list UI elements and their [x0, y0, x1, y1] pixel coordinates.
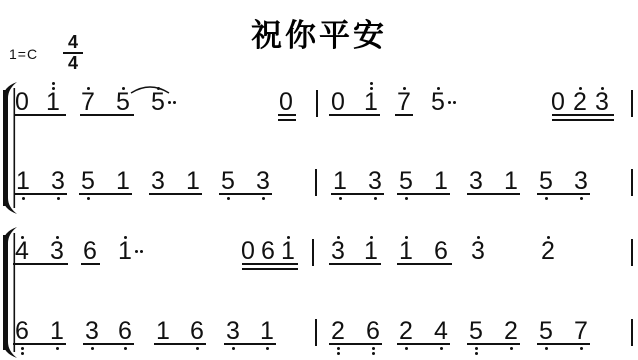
octave-dot-above: [21, 236, 24, 239]
beam-underline: [397, 263, 452, 265]
note-digit: 3: [361, 169, 389, 193]
octave-dot-below: [91, 347, 94, 350]
octave-dot-below: [545, 347, 548, 350]
octave-dot-below: [510, 347, 513, 350]
note-digit: 2: [534, 239, 562, 263]
beam-underline: [329, 343, 382, 345]
octave-dot-above: [601, 87, 604, 90]
beam-underline: [278, 119, 296, 121]
beam-underline: [395, 114, 413, 116]
note-digit: 4: [427, 319, 455, 343]
note-digit: 6: [359, 319, 387, 343]
beam-underline: [552, 114, 614, 116]
note-digit: 5: [392, 169, 420, 193]
octave-dot-below: [21, 352, 24, 355]
note-digit: 0: [272, 90, 300, 114]
note-digit: 3: [462, 169, 490, 193]
beam-underline: [329, 114, 380, 116]
octave-dot-below: [580, 197, 583, 200]
note-digit: 3: [144, 169, 172, 193]
octave-dot-above: [337, 236, 340, 239]
note-digit: 3: [219, 319, 247, 343]
octave-dot-above: [477, 236, 480, 239]
note-digit: 0: [8, 90, 36, 114]
beam-underline: [13, 343, 66, 345]
note-digit: 5: [532, 169, 560, 193]
octave-dot-above: [437, 87, 440, 90]
note-digit: 1: [39, 90, 67, 114]
octave-dot-above: [52, 87, 55, 90]
beam-underline: [242, 263, 298, 265]
note-digit: 6: [427, 239, 455, 263]
duration-dot: [140, 250, 143, 253]
octave-dot-below: [266, 347, 269, 350]
barline: [631, 319, 633, 346]
beam-underline: [14, 114, 66, 116]
octave-dot-above: [370, 82, 373, 85]
note-digit: 5: [214, 169, 242, 193]
octave-dot-above: [87, 87, 90, 90]
octave-dot-above: [287, 236, 290, 239]
note-digit: 1: [357, 90, 385, 114]
note-digit: 3: [43, 239, 71, 263]
beam-underline: [397, 193, 450, 195]
octave-dot-below: [372, 352, 375, 355]
octave-dot-below: [374, 197, 377, 200]
duration-dot: [135, 250, 138, 253]
sheet-music-page: 1=C 4 4 祝你平安 017550017502313513153135131…: [0, 0, 638, 360]
note-digit: 1: [392, 239, 420, 263]
octave-dot-below: [57, 197, 60, 200]
note-digit: 7: [567, 319, 595, 343]
octave-dot-below: [337, 347, 340, 350]
note-digit: 1: [109, 169, 137, 193]
note-digit: 1: [497, 169, 525, 193]
octave-dot-below: [87, 197, 90, 200]
duration-dot: [448, 101, 451, 104]
octave-dot-below: [124, 347, 127, 350]
barline: [316, 90, 318, 117]
beam-underline: [13, 263, 68, 265]
beam-underline: [467, 343, 520, 345]
octave-dot-above: [579, 87, 582, 90]
note-digit: 4: [8, 239, 36, 263]
duration-dot: [453, 101, 456, 104]
beam-underline: [552, 119, 614, 121]
octave-dot-below: [232, 347, 235, 350]
beam-underline: [537, 193, 590, 195]
note-digit: 5: [462, 319, 490, 343]
octave-dot-below: [22, 197, 25, 200]
duration-dot: [173, 101, 176, 104]
octave-dot-below: [405, 197, 408, 200]
barline: [631, 169, 633, 196]
note-digit: 1: [427, 169, 455, 193]
octave-dot-below: [262, 197, 265, 200]
note-digit: 6: [111, 319, 139, 343]
note-digit: 1: [326, 169, 354, 193]
octave-dot-below: [405, 347, 408, 350]
beam-underline: [329, 263, 381, 265]
beam-underline: [14, 193, 67, 195]
octave-dot-below: [440, 347, 443, 350]
note-digit: 6: [76, 239, 104, 263]
octave-dot-above: [56, 236, 59, 239]
note-digit: 6: [183, 319, 211, 343]
note-digit: 7: [390, 90, 418, 114]
octave-dot-below: [337, 352, 340, 355]
octave-dot-above: [403, 87, 406, 90]
note-digit: 3: [249, 169, 277, 193]
note-digit: 3: [44, 169, 72, 193]
beam-underline: [154, 343, 206, 345]
note-digit: 1: [274, 239, 302, 263]
note-digit: 3: [567, 169, 595, 193]
note-digit: 1: [9, 169, 37, 193]
beam-underline: [81, 263, 100, 265]
octave-dot-above: [370, 87, 373, 90]
octave-dot-below: [339, 197, 342, 200]
octave-dot-below: [475, 347, 478, 350]
note-digit: 1: [179, 169, 207, 193]
note-digit: 3: [78, 319, 106, 343]
octave-dot-above: [547, 236, 550, 239]
octave-dot-below: [227, 197, 230, 200]
note-digit: 2: [392, 319, 420, 343]
octave-dot-above: [122, 87, 125, 90]
octave-dot-above: [124, 236, 127, 239]
octave-dot-below: [372, 347, 375, 350]
octave-dot-above: [370, 236, 373, 239]
beam-underline: [224, 343, 276, 345]
octave-dot-below: [580, 347, 583, 350]
note-digit: 7: [74, 90, 102, 114]
beam-underline: [537, 343, 590, 345]
note-digit: 1: [357, 239, 385, 263]
beam-underline: [242, 268, 298, 270]
beam-underline: [397, 343, 450, 345]
beam-underline: [331, 193, 384, 195]
note-digit: 1: [253, 319, 281, 343]
octave-dot-below: [545, 197, 548, 200]
note-digit: 5: [74, 169, 102, 193]
note-digit: 3: [464, 239, 492, 263]
duration-dot: [168, 101, 171, 104]
barline: [631, 239, 633, 266]
octave-dot-below: [196, 347, 199, 350]
beam-underline: [278, 114, 296, 116]
note-digit: 3: [324, 239, 352, 263]
barline: [315, 319, 317, 346]
barline: [631, 90, 633, 117]
note-digit: 2: [497, 319, 525, 343]
octave-dot-above: [405, 236, 408, 239]
beam-underline: [467, 193, 520, 195]
note-digit: 6: [8, 319, 36, 343]
note-digit: 0: [324, 90, 352, 114]
beam-underline: [149, 193, 202, 195]
octave-dot-above: [52, 82, 55, 85]
beam-underline: [83, 343, 134, 345]
octave-dot-below: [475, 352, 478, 355]
note-digit: 3: [588, 90, 616, 114]
beam-underline: [79, 193, 132, 195]
note-digit: 5: [532, 319, 560, 343]
octave-dot-below: [56, 347, 59, 350]
beam-underline: [219, 193, 272, 195]
note-digit: 2: [324, 319, 352, 343]
barline: [312, 239, 314, 266]
tie-slur: [130, 81, 170, 92]
barline: [315, 169, 317, 196]
note-digit: 1: [43, 319, 71, 343]
beam-underline: [80, 114, 134, 116]
score: 0175500175023135131531351315343610613116…: [0, 0, 638, 360]
octave-dot-below: [21, 347, 24, 350]
note-digit: 1: [149, 319, 177, 343]
